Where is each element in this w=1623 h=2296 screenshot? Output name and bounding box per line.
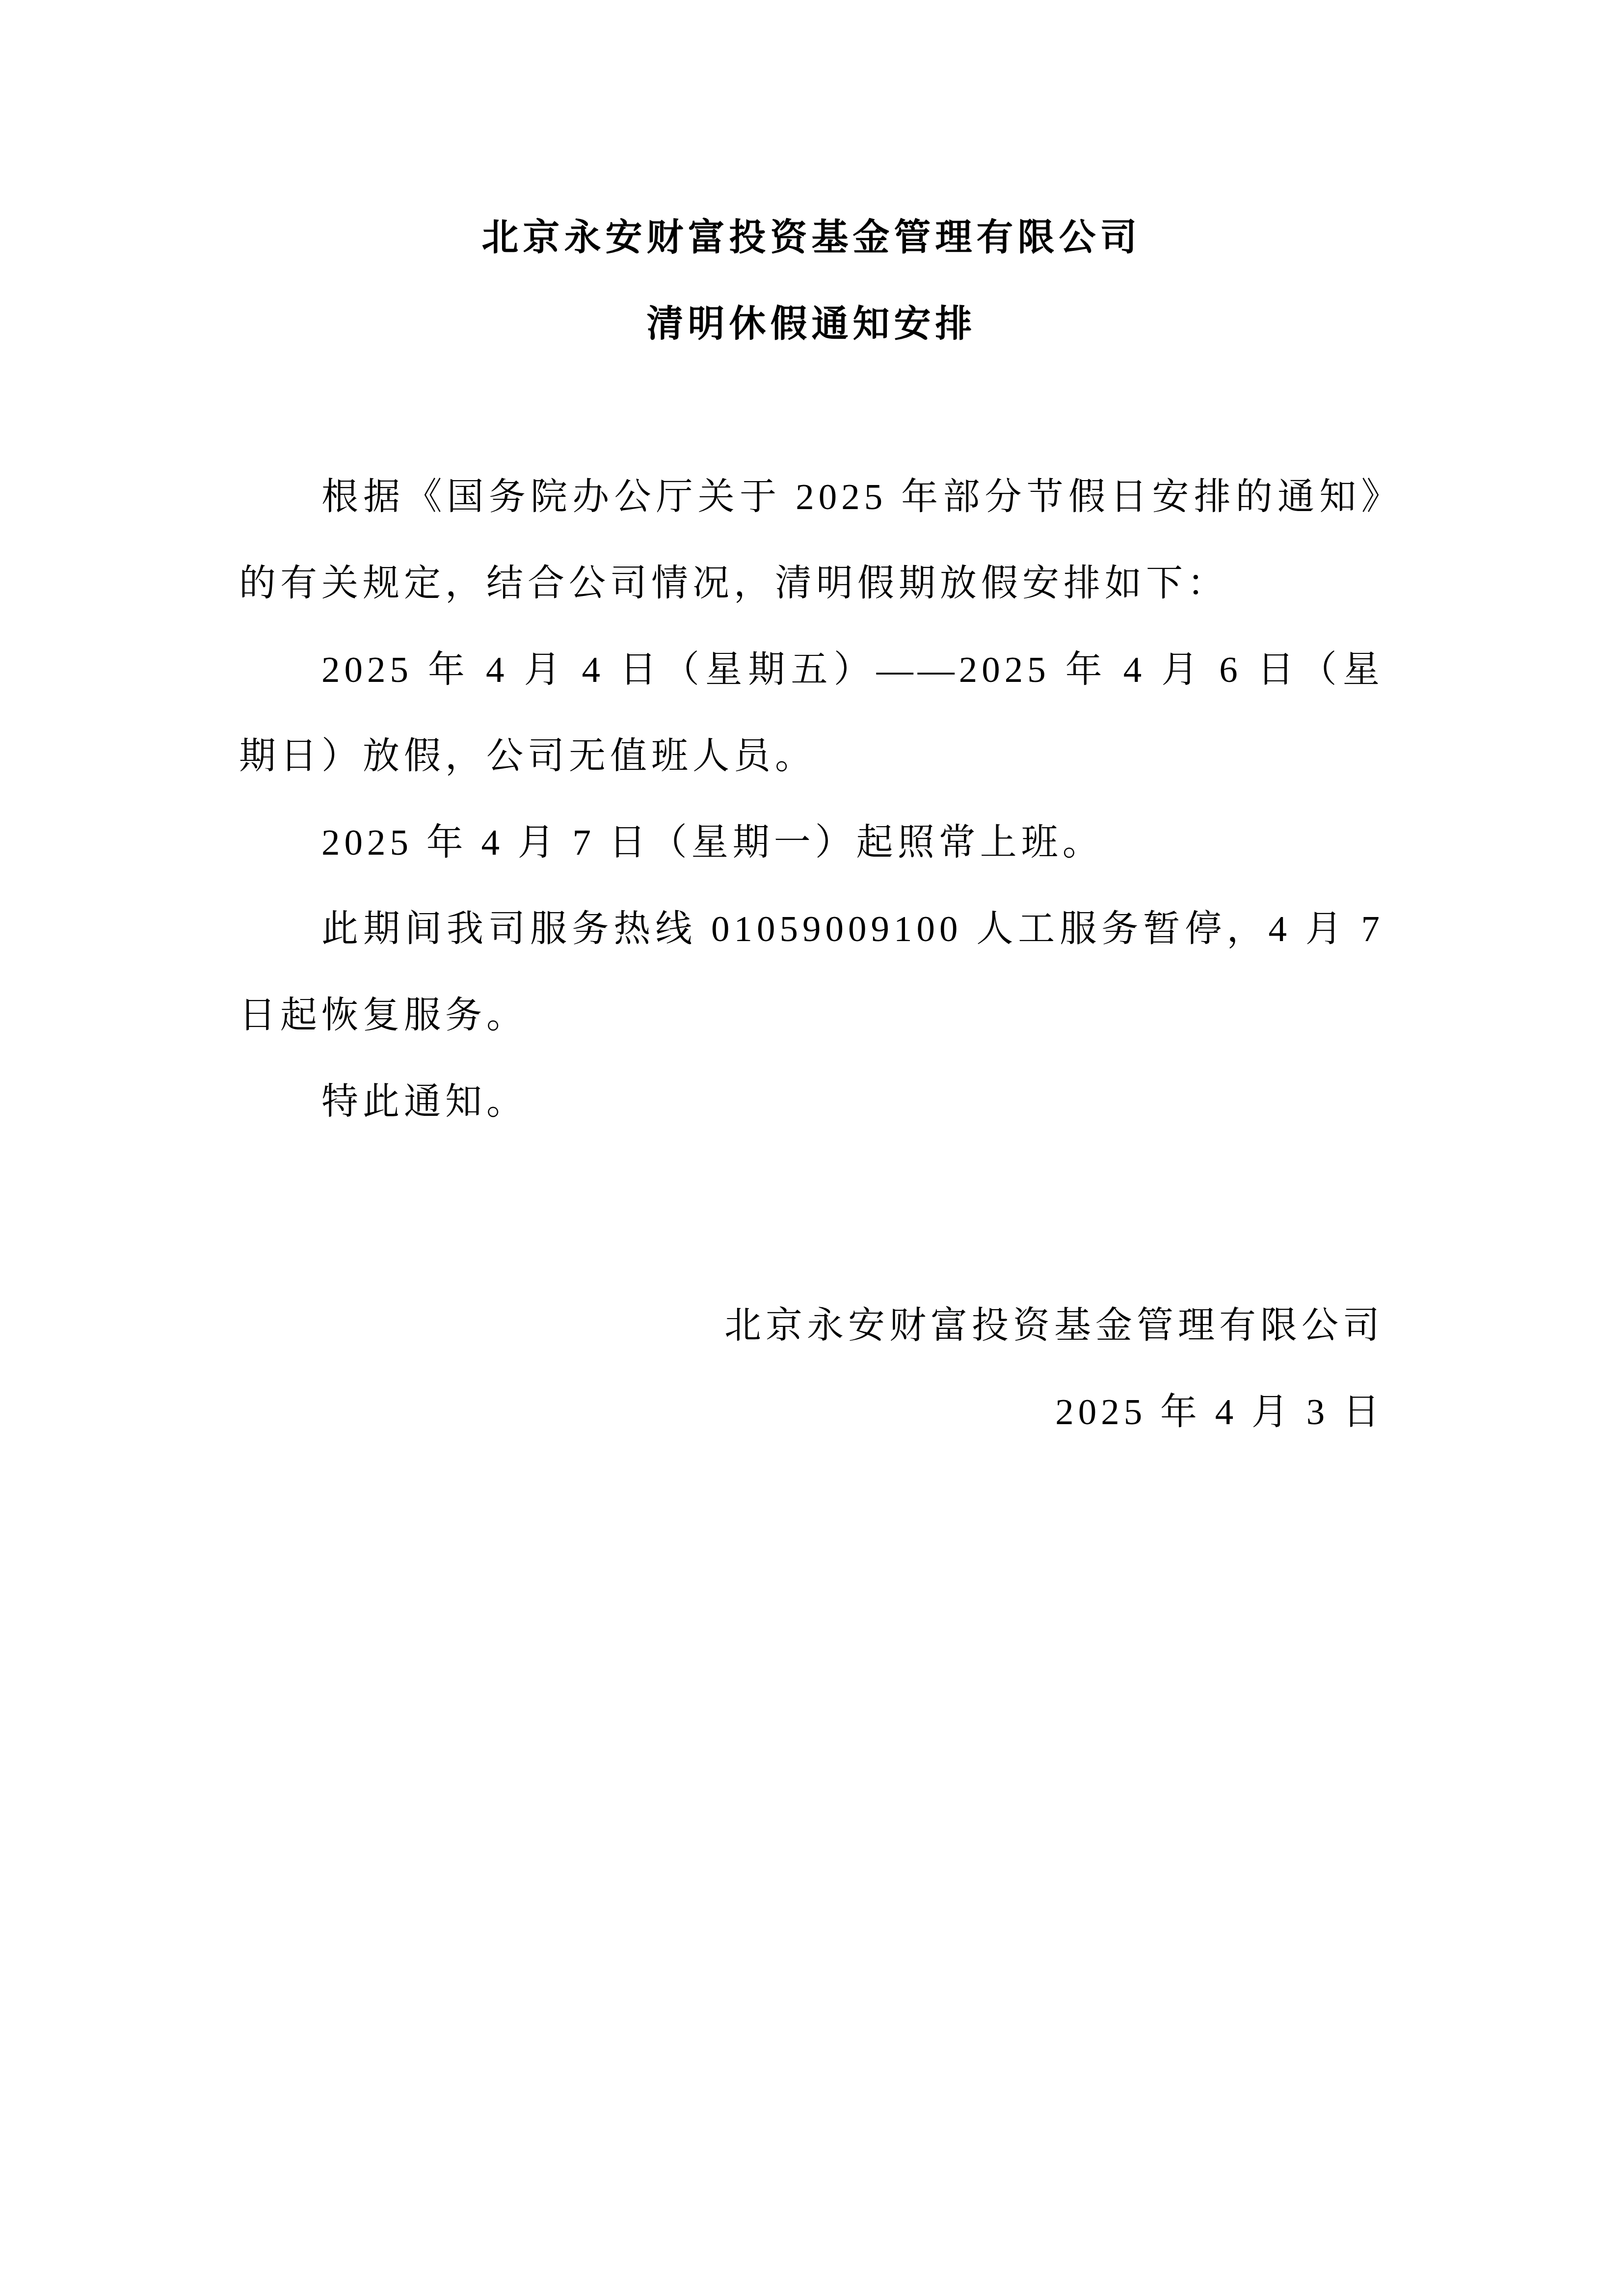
- notice-paragraph-closing: 特此通知。: [239, 1059, 1384, 1145]
- notice-paragraph-return-to-work: 2025 年 4 月 7 日（星期一）起照常上班。: [239, 800, 1384, 886]
- notice-paragraph-holiday-dates: 2025 年 4 月 4 日（星期五）——2025 年 4 月 6 日（星期日）…: [239, 627, 1384, 800]
- notice-paragraph-basis: 根据《国务院办公厅关于 2025 年部分节假日安排的通知》的有关规定，结合公司情…: [239, 454, 1384, 627]
- notice-subtitle: 清明休假通知安排: [239, 281, 1384, 368]
- company-title: 北京永安财富投资基金管理有限公司: [239, 195, 1384, 281]
- notice-page: 北京永安财富投资基金管理有限公司 清明休假通知安排 根据《国务院办公厅关于 20…: [0, 0, 1623, 2296]
- signature-date: 2025 年 4 月 3 日: [239, 1369, 1384, 1456]
- notice-body: 根据《国务院办公厅关于 2025 年部分节假日安排的通知》的有关规定，结合公司情…: [239, 454, 1384, 1145]
- notice-paragraph-hotline: 此期间我司服务热线 01059009100 人工服务暂停，4 月 7 日起恢复服…: [239, 886, 1384, 1059]
- signature-company: 北京永安财富投资基金管理有限公司: [239, 1283, 1384, 1369]
- signature-block: 北京永安财富投资基金管理有限公司 2025 年 4 月 3 日: [239, 1283, 1384, 1456]
